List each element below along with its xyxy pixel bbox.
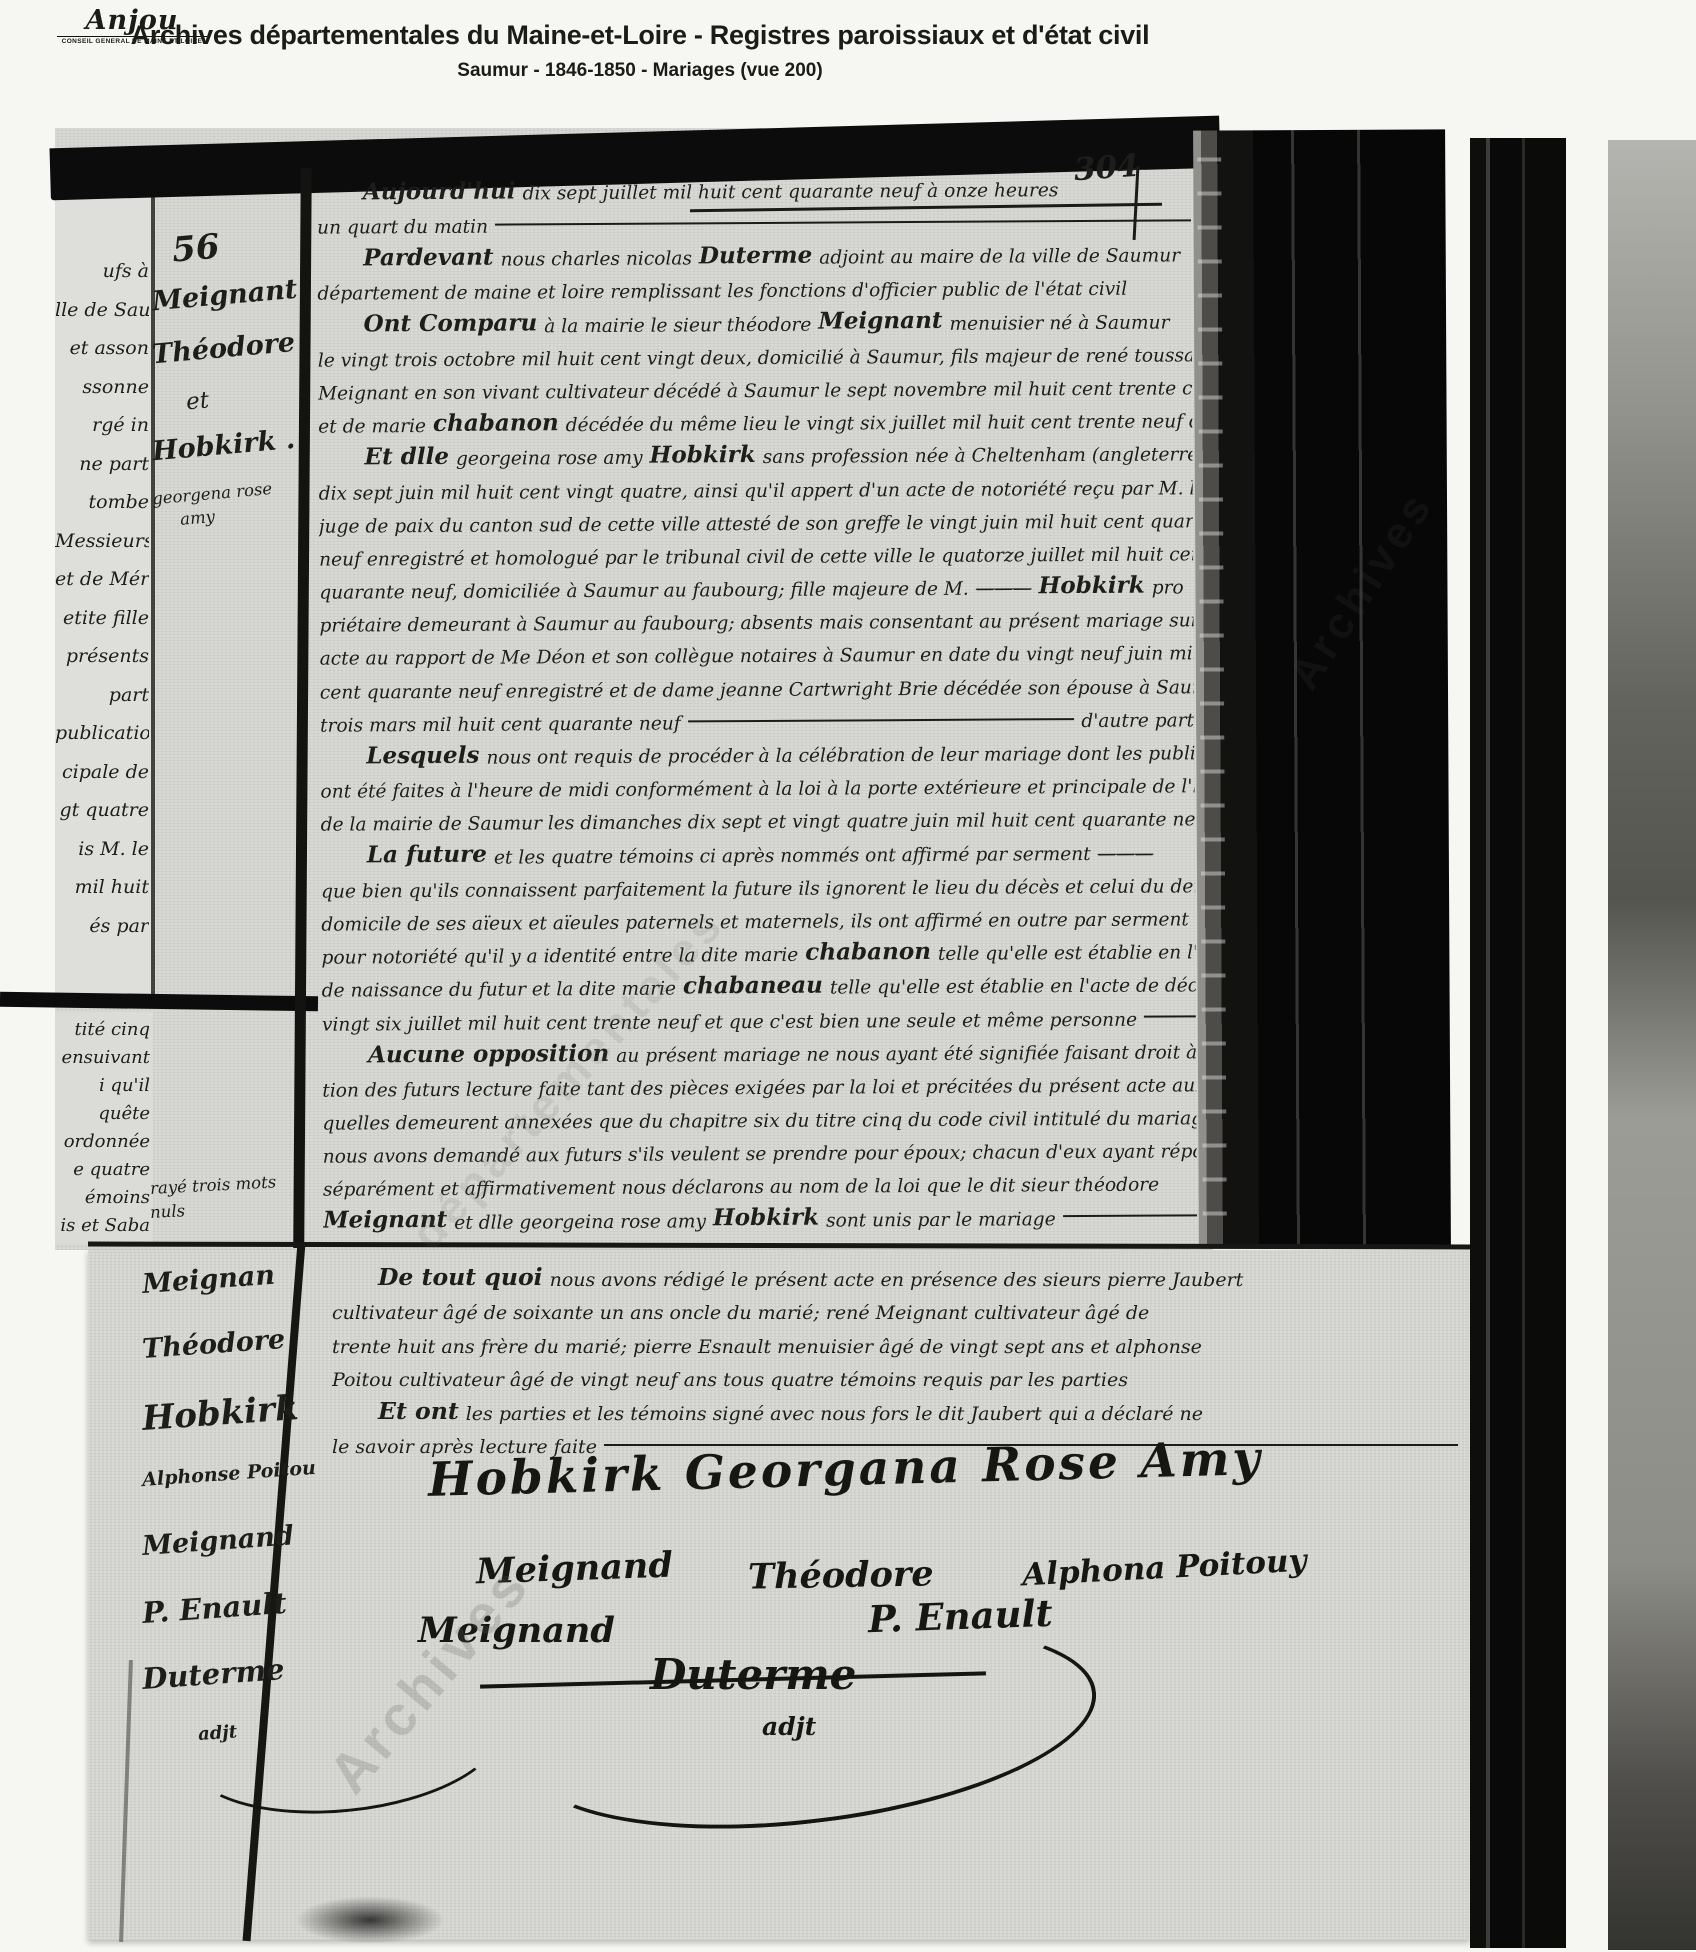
signature-groom-surname: Meignand bbox=[475, 1545, 673, 1593]
text-fragment: is M. le bbox=[55, 830, 149, 869]
act-line: quarante neuf, domiciliée à Saumur au fa… bbox=[319, 566, 1193, 605]
text-fragment: ordonnée bbox=[2, 1128, 150, 1156]
act-line: cent quarante neuf enregistré et de dame… bbox=[320, 665, 1194, 704]
text-fragment: et de Méril bbox=[55, 560, 149, 599]
act-line: que bien qu'ils connaissent parfaitement… bbox=[321, 864, 1195, 903]
line-text: à la mairie le sieur théodore bbox=[544, 314, 811, 337]
line-lead-word: Aucune opposition bbox=[368, 1040, 609, 1068]
margin-signature: Meignan bbox=[141, 1255, 343, 1300]
line-text: menuisier né à Saumur bbox=[949, 312, 1169, 335]
filler-rule bbox=[688, 718, 1075, 722]
margin-signature: Alphonse Poitou bbox=[141, 1455, 342, 1491]
act-line: acte au rapport de Me Déon et son collèg… bbox=[320, 632, 1194, 671]
margin-entry: Théodore bbox=[151, 327, 299, 371]
act-line: trois mars mil huit cent quarante neufd'… bbox=[320, 698, 1194, 737]
text-fragment: quête bbox=[2, 1100, 150, 1128]
act-line: ont été faites à l'heure de midi conform… bbox=[320, 765, 1194, 804]
page-subtitle: Saumur - 1846-1850 - Mariages (vue 200) bbox=[60, 60, 1220, 82]
line-lead-word: De tout quoi bbox=[378, 1264, 543, 1291]
line-emphasis-word: Duterme bbox=[699, 243, 812, 270]
line-text: georgeina rose amy bbox=[456, 448, 643, 471]
scanner-bed-strip bbox=[1608, 140, 1696, 1950]
margin-signature: Hobkirk bbox=[141, 1385, 343, 1439]
line-lead-word: Meignant bbox=[323, 1207, 447, 1234]
act-line: Et ontles parties et les témoins signé a… bbox=[332, 1392, 1458, 1426]
margin-signature: P. Enault bbox=[141, 1582, 343, 1630]
line-text: les parties et les témoins signé avec no… bbox=[466, 1404, 1203, 1426]
margin-signature: Théodore bbox=[141, 1320, 343, 1365]
line-tail-text: d'autre part bbox=[1081, 710, 1194, 732]
text-fragment: gt quatre bbox=[55, 791, 149, 830]
act-line: domicile de ses aïeux et aïeules paterne… bbox=[321, 897, 1195, 936]
margin-signatures: MeignanThéodoreHobkirkAlphonse PoitouMei… bbox=[142, 1262, 342, 1742]
act-line: séparément et affirmativement nous décla… bbox=[323, 1163, 1197, 1202]
signature-witness-meignand: Meignand bbox=[418, 1610, 615, 1651]
scanned-archive-page: Anjou CONSEIL GENERAL DE MAINE ET-LOIRE … bbox=[0, 0, 1696, 1952]
act-text-lower: De tout quoinous avons rédigé le présent… bbox=[332, 1258, 1458, 1468]
line-lead-word: Pardevant bbox=[363, 245, 493, 272]
act-line: Aujourd'huidix sept juillet mil huit cen… bbox=[317, 167, 1191, 206]
act-line: priétaire demeurant à Saumur au faubourg… bbox=[319, 599, 1193, 638]
line-text: de naissance du futur et la dite marie bbox=[322, 979, 676, 1003]
text-fragment: e quatre bbox=[2, 1156, 150, 1184]
line-lead-word: Aujourd'hui bbox=[363, 178, 516, 205]
act-line: Pardevantnous charles nicolasDutermeadjo… bbox=[317, 234, 1191, 273]
line-emphasis-word: Meignant bbox=[818, 308, 942, 335]
act-line: trente huit ans frère du marié; pierre E… bbox=[332, 1325, 1458, 1359]
text-fragment: rgé in bbox=[55, 406, 149, 445]
ink-smudge bbox=[295, 1896, 445, 1944]
text-fragment: émoins bbox=[2, 1184, 150, 1212]
struck-word: ——— bbox=[976, 578, 1032, 600]
act-line: tion des futurs lecture faite tant des p… bbox=[322, 1063, 1196, 1102]
margin-entry: et bbox=[151, 380, 299, 419]
line-emphasis-word: Hobkirk bbox=[649, 442, 755, 469]
line-text: trois mars mil huit cent quarante neuf bbox=[320, 713, 681, 737]
filler-rule bbox=[495, 219, 1191, 225]
line-text: pour notoriété qu'il y a identité entre … bbox=[321, 945, 798, 969]
line-lead-word: La future bbox=[367, 842, 487, 869]
act-line: cultivateur âgé de soixante un ans oncle… bbox=[332, 1292, 1458, 1326]
line-text: trente huit ans frère du marié; pierre E… bbox=[332, 1337, 1202, 1359]
act-line: de la mairie de Saumur les dimanches dix… bbox=[321, 798, 1195, 837]
act-line: Ont Comparuà la mairie le sieur théodore… bbox=[318, 300, 1192, 339]
act-line: de naissance du futur et la dite mariech… bbox=[322, 964, 1196, 1003]
act-line: Lesquelsnous ont requis de procéder à la… bbox=[320, 732, 1194, 771]
act-line: dix sept juin mil huit cent vingt quatre… bbox=[319, 466, 1193, 505]
act-line: juge de paix du canton sud de cette vill… bbox=[319, 499, 1193, 538]
text-fragment: etite fille bbox=[55, 599, 149, 638]
line-text: décédée du même lieu le vingt six juille… bbox=[566, 411, 1198, 437]
signature-groom-firstname: Théodore bbox=[748, 1553, 934, 1597]
line-text: pro bbox=[1152, 577, 1184, 599]
line-text: et dlle georgeina rose amy bbox=[454, 1211, 706, 1234]
act-line: neuf enregistré et homologué par le trib… bbox=[319, 532, 1193, 571]
line-text: adjoint au maire de la ville de Saumur bbox=[819, 246, 1180, 270]
act-line: Poitou cultivateur âgé de vingt neuf ans… bbox=[332, 1359, 1458, 1393]
text-fragment: et asson bbox=[55, 329, 149, 368]
margin-annotation: rayé trois motsnuls bbox=[150, 1172, 340, 1220]
line-text: cultivateur âgé de soixante un ans oncle… bbox=[332, 1303, 1149, 1325]
neighbor-page-fragments-upper: ufs àlle de Sauet assonssonnergé inne pa… bbox=[55, 252, 149, 945]
line-lead-word: Lesquels bbox=[366, 743, 479, 770]
margin-signature: Duterme bbox=[141, 1648, 343, 1696]
line-emphasis-word: Hobkirk bbox=[713, 1205, 819, 1232]
line-text: telle qu'elle est établie en l'acte de d… bbox=[830, 975, 1197, 999]
act-line: département de maine et loire remplissan… bbox=[317, 267, 1191, 306]
act-line: quelles demeurent annexées que du chapit… bbox=[322, 1097, 1196, 1136]
text-fragment: ssonne bbox=[55, 368, 149, 407]
act-line: Et dllegeorgeina rose amyHobkirksans pro… bbox=[318, 433, 1192, 472]
margin-entry: 56 bbox=[151, 220, 300, 273]
line-text: au présent mariage ne nous ayant été sig… bbox=[616, 1041, 1197, 1066]
act-line: De tout quoinous avons rédigé le présent… bbox=[332, 1258, 1458, 1292]
act-line: Aucune oppositionau présent mariage ne n… bbox=[322, 1030, 1196, 1069]
text-fragment: tité cinq bbox=[2, 1016, 150, 1044]
margin-entry: Hobkirk . bbox=[151, 424, 299, 468]
text-fragment: publication bbox=[55, 714, 149, 753]
text-fragment: ufs à bbox=[55, 252, 149, 291]
act-line: le vingt trois octobre mil huit cent vin… bbox=[318, 333, 1192, 372]
line-text: quarante neuf, domiciliée à Saumur au fa… bbox=[319, 579, 969, 604]
scan-edge-right-upper bbox=[1193, 129, 1451, 1248]
filler-rule bbox=[1144, 1016, 1196, 1018]
line-lead-word: Et dlle bbox=[364, 444, 449, 471]
text-fragment: és par bbox=[55, 907, 149, 946]
line-text: sont unis par le mariage bbox=[826, 1209, 1056, 1232]
line-lead-word: Et ont bbox=[378, 1398, 459, 1425]
margin-party-names: 56MeignantThéodoreetHobkirk .georgena ro… bbox=[152, 226, 298, 529]
act-line: et de mariechabanondécédée du même lieu … bbox=[318, 400, 1192, 439]
scan-edge-right-lower bbox=[1470, 138, 1566, 1948]
margin-entry: Meignant bbox=[151, 274, 299, 318]
text-fragment: tombe bbox=[55, 483, 149, 522]
text-fragment: ne part bbox=[55, 445, 149, 484]
act-text-upper: Aujourd'huidix sept juillet mil huit cen… bbox=[317, 167, 1198, 1250]
text-fragment: part bbox=[55, 676, 149, 715]
line-text: dix sept juillet mil huit cent quarante … bbox=[522, 180, 1058, 205]
line-text: nous avons rédigé le présent acte en pré… bbox=[550, 1270, 1244, 1292]
act-line: Meignantet dlle georgeina rose amyHobkir… bbox=[323, 1196, 1197, 1235]
line-text: nous ont requis de procéder à la célébra… bbox=[486, 742, 1197, 769]
text-fragment: cipale de bbox=[55, 753, 149, 792]
page-title: Archives départementales du Maine-et-Loi… bbox=[60, 20, 1220, 51]
line-text: un quart du matin bbox=[317, 217, 488, 239]
act-line: pour notoriété qu'il y a identité entre … bbox=[321, 931, 1195, 970]
text-fragment: Messieurs bbox=[55, 522, 149, 561]
text-fragment: ensuivant bbox=[2, 1044, 150, 1072]
line-emphasis-word: chabanon bbox=[433, 410, 559, 437]
neighbor-page-fragments-lower: tité cinqensuivanti qu'ilquêteordonnéee … bbox=[2, 1016, 150, 1240]
line-lead-word: Ont Comparu bbox=[364, 311, 538, 339]
text-fragment: i qu'il bbox=[2, 1072, 150, 1100]
line-text: telle qu'elle est établie en l'acte bbox=[938, 942, 1197, 965]
act-line: vingt six juillet mil huit cent trente n… bbox=[322, 997, 1196, 1036]
margin-signature: Meignand bbox=[141, 1517, 343, 1562]
line-text: et les quatre témoins ci après nommés on… bbox=[494, 844, 1091, 869]
text-fragment: présents bbox=[55, 637, 149, 676]
photo-seam-left bbox=[0, 992, 318, 1011]
act-line: nous avons demandé aux futurs s'ils veul… bbox=[323, 1130, 1197, 1169]
line-text: sans profession née à Cheltenham (anglet… bbox=[763, 444, 1198, 468]
act-line: un quart du matin bbox=[317, 201, 1191, 240]
act-line: Meignant en son vivant cultivateur décéd… bbox=[318, 366, 1192, 405]
text-fragment: lle de Sau bbox=[55, 291, 149, 330]
act-line: La futureet les quatre témoins ci après … bbox=[321, 831, 1195, 870]
line-text: nous charles nicolas bbox=[500, 249, 692, 272]
line-emphasis-word: Hobkirk bbox=[1038, 573, 1144, 600]
struck-word: ——— bbox=[1098, 843, 1154, 865]
text-fragment: is et Saba bbox=[2, 1212, 150, 1240]
filler-rule bbox=[1063, 1215, 1197, 1218]
line-emphasis-word: chabaneau bbox=[683, 973, 823, 1000]
line-emphasis-word: chabanon bbox=[805, 939, 931, 966]
line-text: et de marie bbox=[318, 416, 426, 438]
line-text: Poitou cultivateur âgé de vingt neuf ans… bbox=[332, 1370, 1128, 1392]
text-fragment: mil huit bbox=[55, 868, 149, 907]
